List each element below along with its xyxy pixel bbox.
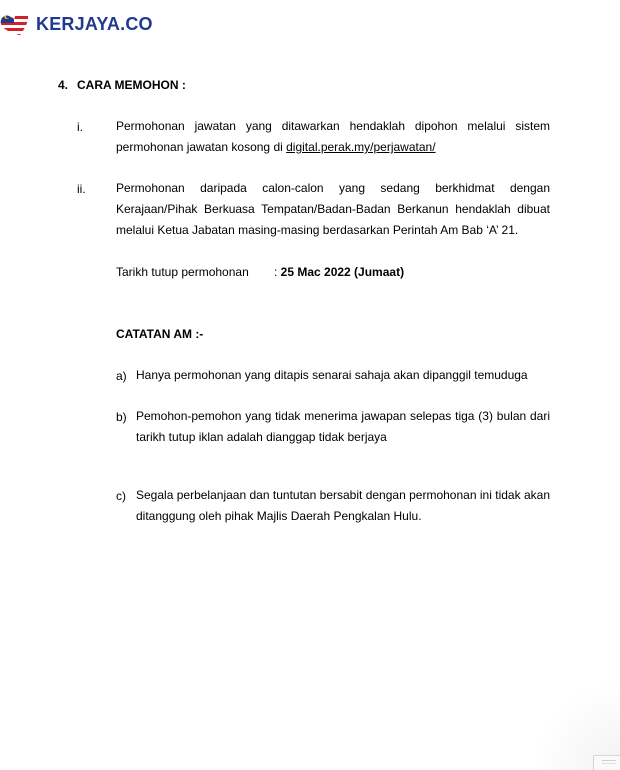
closing-date: : 25 Mac 2022 (Jumaat) <box>274 265 404 279</box>
section-title: CARA MEMOHON : <box>77 78 186 92</box>
section-heading: 4.CARA MEMOHON : <box>58 78 186 92</box>
note-marker: b) <box>116 410 127 424</box>
note-text: Segala perbelanjaan dan tuntutan bersabi… <box>136 485 550 527</box>
item-text: Permohonan daripada calon-calon yang sed… <box>116 178 550 241</box>
item-marker: ii. <box>77 182 86 196</box>
closing-date-value: 25 Mac 2022 (Jumaat) <box>281 265 404 279</box>
section-number: 4. <box>58 78 77 92</box>
note-text: Pemohon-pemohon yang tidak menerima jawa… <box>136 406 550 448</box>
note-marker: a) <box>116 369 127 383</box>
next-page-thumbnail[interactable] <box>593 755 620 770</box>
closing-date-separator: : <box>274 265 281 279</box>
closing-date-label: Tarikh tutup permohonan <box>116 265 249 279</box>
notes-title: CATATAN AM :- <box>116 327 203 341</box>
item-marker: i. <box>77 120 83 134</box>
item-text: Permohonan jawatan yang ditawarkan henda… <box>116 116 550 158</box>
document-page: 4.CARA MEMOHON : i. Permohonan jawatan y… <box>0 0 620 770</box>
note-text: Hanya permohonan yang ditapis senarai sa… <box>136 365 550 386</box>
application-portal-link[interactable]: digital.perak.my/perjawatan/ <box>286 140 435 154</box>
note-marker: c) <box>116 489 126 503</box>
